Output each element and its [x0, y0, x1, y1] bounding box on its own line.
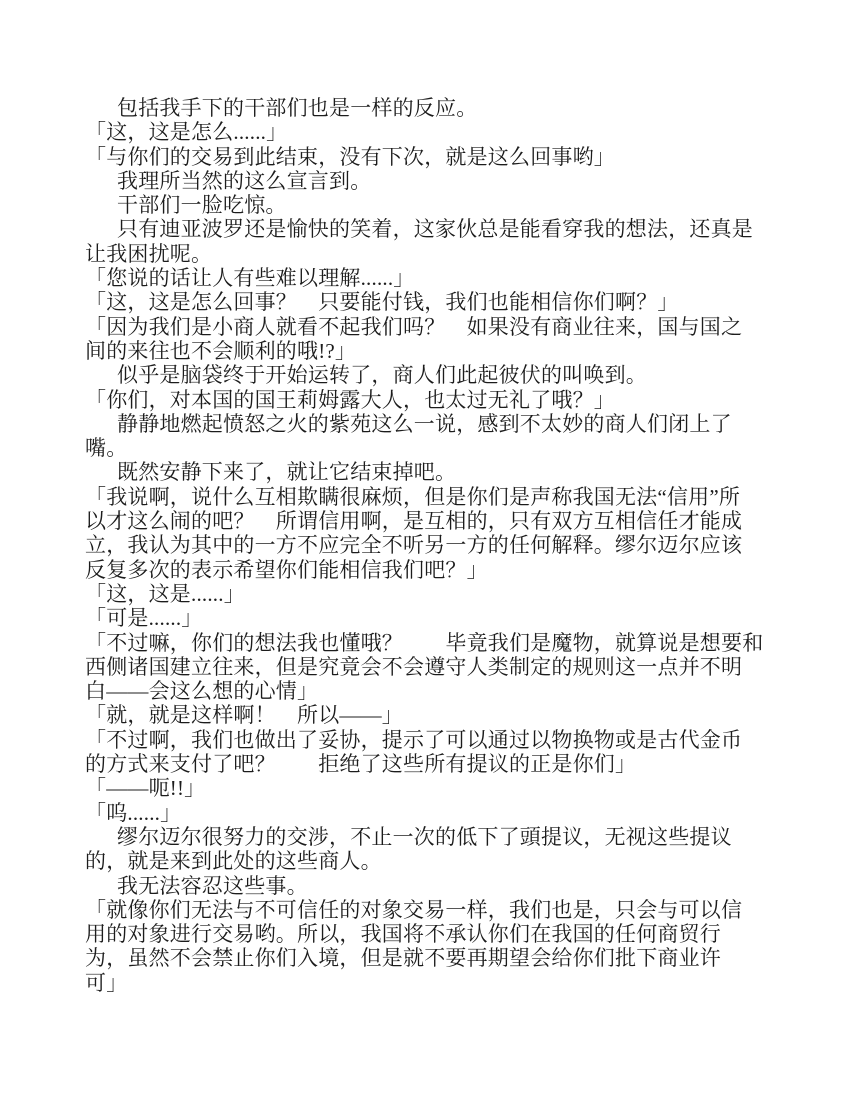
text-line: 我无法容忍这些事。 — [85, 874, 775, 898]
text-line: 「呜......」 — [85, 801, 775, 825]
text-line: 「这，这是怎么回事？ 只要能付钱，我们也能相信你们啊？」 — [85, 290, 775, 314]
text-line: 的方式来支付了吧？ 拒绝了这些所有提议的正是你们」 — [85, 752, 775, 776]
text-line: 西侧诸国建立往来，但是究竟会不会遵守人类制定的规则这一点并不明 — [85, 655, 775, 679]
text-line: 立，我认为其中的一方不应完全不听另一方的任何解释。缪尔迈尔应该 — [85, 533, 775, 557]
text-line: 「——呃!!」 — [85, 776, 775, 800]
document-page: 包括我手下的干部们也是一样的反应。「这，这是怎么......」「与你们的交易到此… — [0, 0, 850, 1100]
text-line: 间的来往也不会顺利的哦!?」 — [85, 339, 775, 363]
text-line: 的，就是来到此处的这些商人。 — [85, 849, 775, 873]
text-line: 似乎是脑袋终于开始运转了，商人们此起彼伏的叫唤到。 — [85, 363, 775, 387]
text-line: 「不过嘛，你们的想法我也懂哦？ 毕竟我们是魔物，就算说是想要和 — [85, 631, 775, 655]
text-line: 可」 — [85, 971, 775, 995]
novel-text-block: 包括我手下的干部们也是一样的反应。「这，这是怎么......」「与你们的交易到此… — [85, 96, 775, 995]
text-line: 只有迪亚波罗还是愉快的笑着，这家伙总是能看穿我的想法，还真是 — [85, 217, 775, 241]
text-line: 我理所当然的这么宣言到。 — [85, 169, 775, 193]
text-line: 为，虽然不会禁止你们入境，但是就不要再期望会给你们批下商业许 — [85, 946, 775, 970]
text-line: 干部们一脸吃惊。 — [85, 193, 775, 217]
text-line: 「不过啊，我们也做出了妥协，提示了可以通过以物换物或是古代金币 — [85, 728, 775, 752]
text-line: 嘴。 — [85, 436, 775, 460]
text-line: 「因为我们是小商人就看不起我们吗？ 如果没有商业往来，国与国之 — [85, 315, 775, 339]
text-line: 缪尔迈尔很努力的交涉，不止一次的低下了頭提议，无视这些提议 — [85, 825, 775, 849]
text-line: 「你们，对本国的国王莉姆露大人，也太过无礼了哦？」 — [85, 388, 775, 412]
text-line: 「就像你们无法与不可信任的对象交易一样，我们也是，只会与可以信 — [85, 898, 775, 922]
text-line: 以才这么闹的吧？ 所谓信用啊，是互相的，只有双方互相信任才能成 — [85, 509, 775, 533]
text-line: 用的对象进行交易哟。所以，我国将不承认你们在我国的任何商贸行 — [85, 922, 775, 946]
text-line: 包括我手下的干部们也是一样的反应。 — [85, 96, 775, 120]
text-line: 既然安静下来了，就让它结束掉吧。 — [85, 460, 775, 484]
text-line: 「可是......」 — [85, 606, 775, 630]
text-line: 「这，这是......」 — [85, 582, 775, 606]
text-line: 「我说啊，说什么互相欺瞒很麻烦，但是你们是声称我国无法“信用”所 — [85, 485, 775, 509]
text-line: 「您说的话让人有些难以理解......」 — [85, 266, 775, 290]
text-line: 让我困扰呢。 — [85, 242, 775, 266]
text-line: 「与你们的交易到此结束，没有下次，就是这么回事哟」 — [85, 145, 775, 169]
text-line: 「这，这是怎么......」 — [85, 120, 775, 144]
text-line: 反复多次的表示希望你们能相信我们吧？」 — [85, 558, 775, 582]
text-line: 白——会这么想的心情」 — [85, 679, 775, 703]
text-line: 「就，就是这样啊！ 所以——」 — [85, 703, 775, 727]
text-line: 静静地燃起愤怒之火的紫苑这么一说，感到不太妙的商人们闭上了 — [85, 412, 775, 436]
